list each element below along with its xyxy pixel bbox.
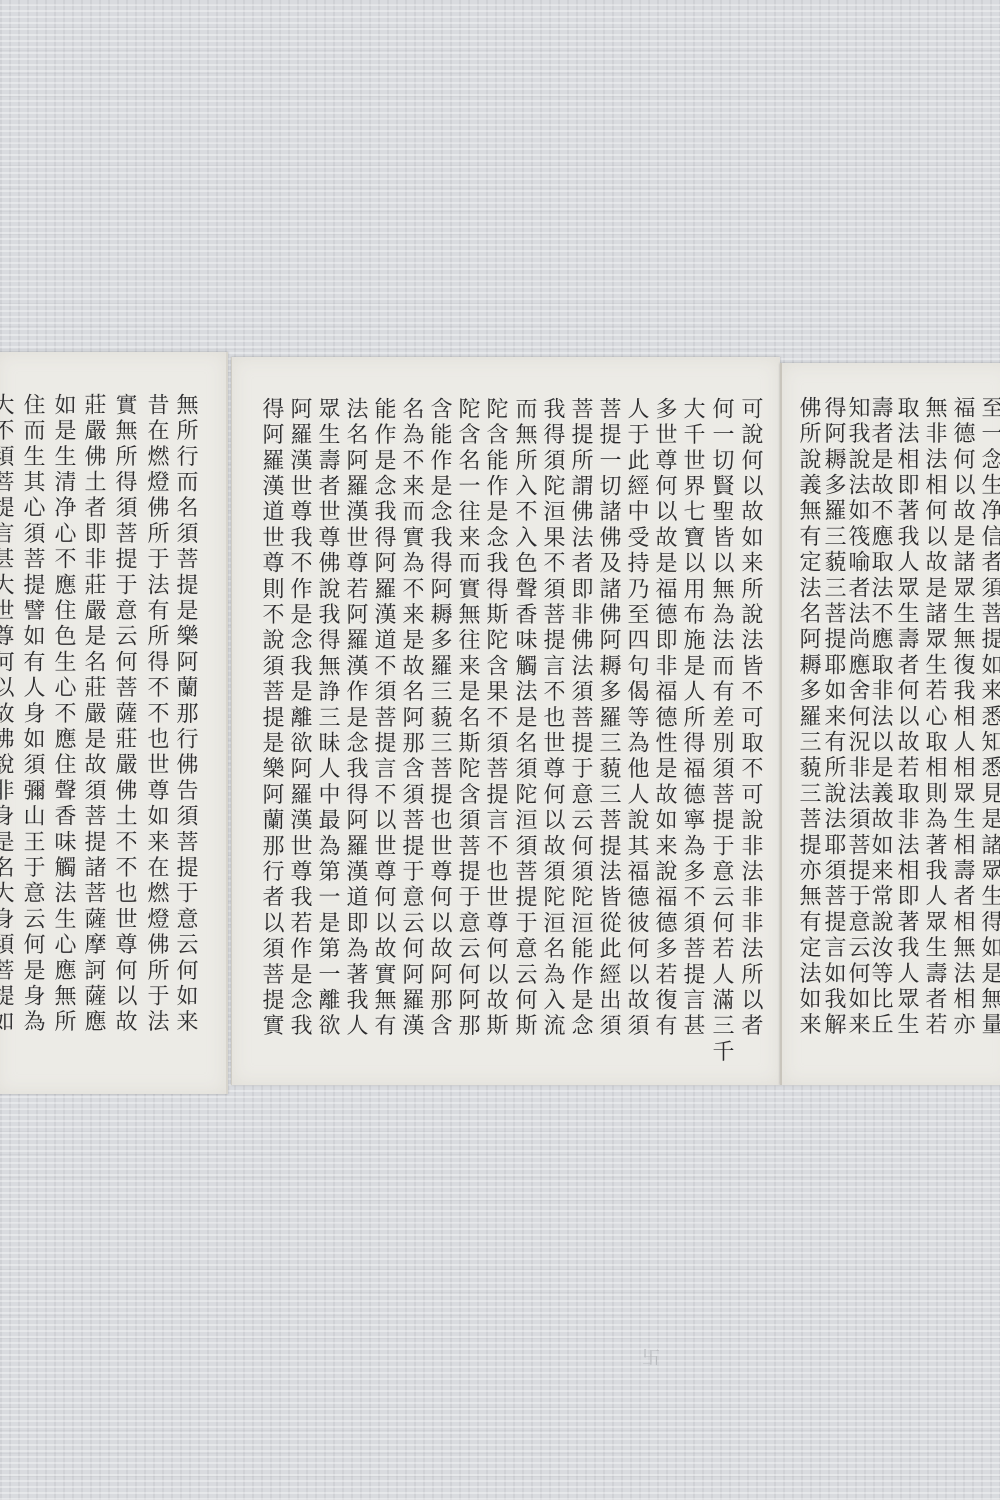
text-column: 如是生清净心不應住色生心不應住聲香味觸法生心應無所 — [50, 393, 76, 1036]
text-column: 福德何以故是諸眾生無復我相人相眾生相壽者相無法相亦 — [949, 396, 975, 1039]
text-column: 取法相即著我人眾生壽者何以故若取非法相即著我人眾生 — [893, 396, 919, 1039]
text-column: 菩提所謂佛法者即非佛法須菩提于意云何須陀洹能作是念 — [567, 397, 593, 1040]
text-column: 而無所入不入色聲香味觸法是名須陀洹須菩提于意云何斯 — [511, 397, 537, 1040]
text-column: 多世尊何以故是福德即非福德性是故如来說福德多若復有 — [651, 397, 677, 1040]
text-column: 人于此經中受持乃至四句偈等為他人說其福德彼何以故須 — [623, 397, 649, 1040]
text-column: 含能作是念我得阿耨多羅三藐三菩提也世尊何以故阿那含 — [426, 397, 452, 1040]
text-column: 阿羅漢世尊我不作是念我是離欲阿羅漢世尊我若作是念我 — [286, 397, 312, 1040]
text-column: 陀含名一往来而實無往来是名斯陀含須菩提于意云何阿那 — [454, 397, 480, 1040]
calligraphy-leaf-middle: 可說何以故如来所說法皆不可取不可說非法非非法所以者 何一切賢聖皆以無為法而有差別… — [231, 357, 780, 1085]
text-column: 壽者是故不應取法不應取非法以是義故如来常說汝等比丘 — [867, 396, 893, 1039]
text-column: 眾生壽者世尊佛說我得無諍三昧人中最為第一是第一離欲 — [314, 397, 340, 1040]
text-column: 無非法相何以故是諸眾生若心取相則為著我人眾生壽者若 — [921, 396, 947, 1039]
text-column: 可說何以故如来所說法皆不可取不可說非法非非法所以者 — [737, 397, 763, 1040]
wall-mark-icon: 卐 — [640, 1348, 662, 1370]
text-column: 得阿耨多羅三藐三菩提耶如来有所說法耶須菩提言如我解 — [820, 396, 846, 1039]
text-column: 至一念生净信者須菩提如来悉知悉見是諸眾生得如是無量 — [977, 396, 1000, 1039]
text-column: 實無所得須菩提于意云何菩薩莊嚴佛土不不也世尊何以故 — [111, 393, 137, 1036]
text-column: 大千世界七寶以用布施是人所得福德寧為多不須菩提言甚 — [679, 397, 705, 1040]
text-column: 我得須陀洹果不須菩提言不也世尊何以故須陀洹名為入流 — [539, 397, 565, 1040]
text-column: 佛所說義無有定法名阿耨多羅三藐三菩提亦無有定法如来 — [795, 396, 821, 1039]
text-column: 法名阿羅漢世尊若阿羅漢作是念我得阿羅漢道即為著我人 — [342, 397, 368, 1040]
text-column: 何一切賢聖皆以無為法而有差別須菩提于意云何若人滿三千 — [708, 397, 734, 1065]
text-column: 知我說法如筏喻者法尚應舍何況非法須菩提于意云何如来 — [844, 396, 870, 1039]
text-column: 昔在燃燈佛所于法有所得不不也世尊如来在燃燈佛所于法 — [143, 393, 169, 1036]
text-column: 住而生其心須菩提譬如有人身如須彌山王于意云何是身為 — [19, 393, 45, 1036]
text-column: 得阿羅漢道世尊則不說須菩提是樂阿蘭那行者以須菩提實 — [258, 397, 284, 1040]
text-column: 無所行而名須菩提是樂阿蘭那行佛告須菩提于意云何如来 — [172, 393, 198, 1036]
calligraphy-leaf-left: 無所行而名須菩提是樂阿蘭那行佛告須菩提于意云何如来 昔在燃燈佛所于法有所得不不也… — [0, 352, 228, 1094]
text-column: 陀含能作是念我得斯陀含果不須菩提言不也世尊何以故斯 — [482, 397, 508, 1040]
text-column: 菩提一切諸佛及諸佛阿耨多羅三藐三菩提法皆從此經出須 — [595, 397, 621, 1040]
text-column: 能作是念我得阿羅漢道不須菩提言不以世尊何以故實無有 — [370, 397, 396, 1040]
text-column: 莊嚴佛土者即非莊嚴是名莊嚴是故須菩提諸菩薩摩訶薩應 — [80, 393, 106, 1036]
calligraphy-leaf-right: 至一念生净信者須菩提如来悉知悉見是諸眾生得如是無量 福德何以故是諸眾生無復我相人… — [780, 363, 1000, 1085]
text-column: 名為不来而實為不来是故名阿那含須菩提于意云何阿羅漢 — [398, 397, 424, 1040]
text-column: 大不須菩提言甚大世尊何以故佛說非身是名大身須菩提如 — [0, 393, 14, 1036]
